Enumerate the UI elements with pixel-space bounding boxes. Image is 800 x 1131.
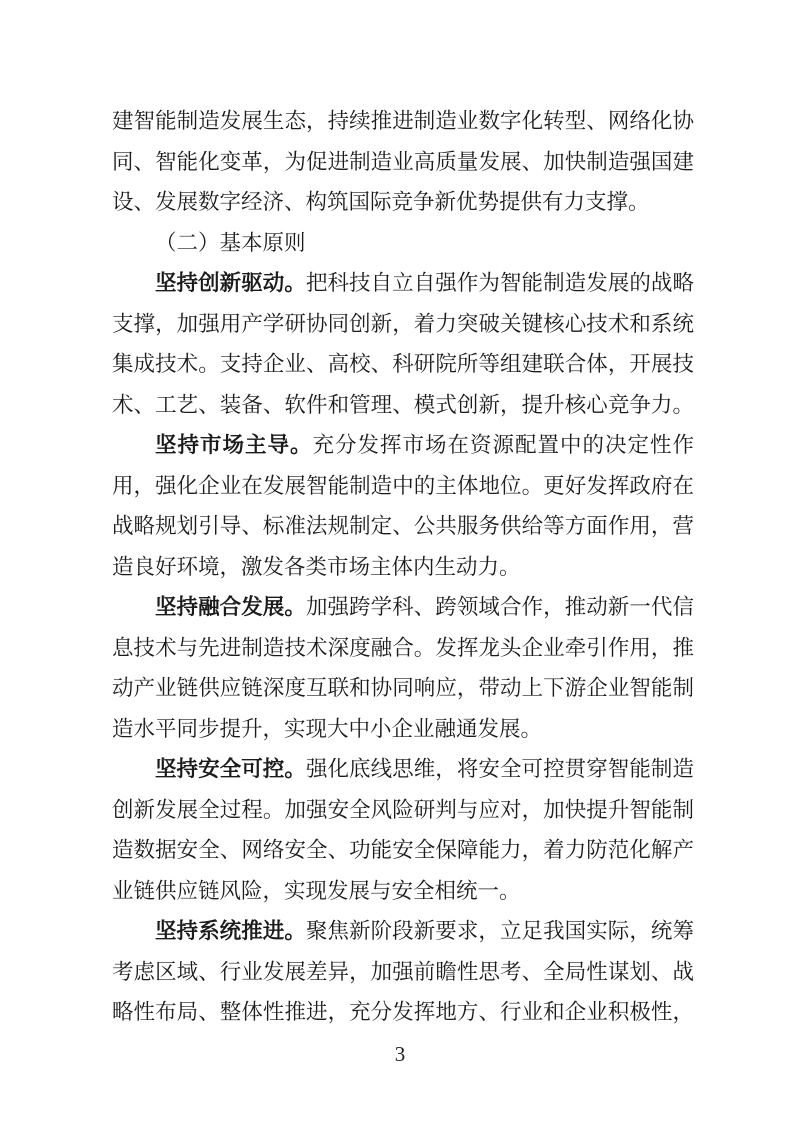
text-line: 造数据安全、网络安全、功能安全保障能力，着力防范化解产 — [112, 830, 694, 871]
line-text: 动产业链供应链深度互联和协同响应，带动上下游企业智能制 — [112, 676, 694, 700]
text-line: 息技术与先进制造技术深度融合。发挥龙头企业牵引作用，推 — [112, 628, 694, 669]
text-line: 用，强化企业在发展智能制造中的主体地位。更好发挥政府在 — [112, 466, 694, 507]
document-page: 建智能制造发展生态，持续推进制造业数字化转型、网络化协 同、智能化变革，为促进制… — [0, 0, 800, 1131]
text-line: 略性布局、整体性推进，充分发挥地方、行业和企业积极性， — [112, 992, 694, 1033]
line-text: 设、发展数字经济、构筑国际竞争新优势提供有力支撑。 — [112, 190, 650, 214]
text-line: 坚持系统推进。聚焦新阶段新要求，立足我国实际，统筹 — [112, 911, 694, 952]
line-text: 战略规划引导、标准法规制定、公共服务供给等方面作用，营 — [112, 514, 694, 538]
text-line: 创新发展全过程。加强安全风险研判与应对，加快提升智能制 — [112, 790, 694, 831]
line-text: 加强跨学科、跨领域合作，推动新一代信 — [306, 595, 694, 619]
text-line: 坚持安全可控。强化底线思维，将安全可控贯穿智能制造 — [112, 749, 694, 790]
line-text: 支撑，加强用产学研协同创新，着力突破关键核心技术和系统 — [112, 312, 694, 336]
section-heading: （二）基本原则 — [112, 223, 694, 264]
text-line: 坚持创新驱动。把科技自立自强作为智能制造发展的战略 — [112, 263, 694, 304]
line-text: 造数据安全、网络安全、功能安全保障能力，着力防范化解产 — [112, 838, 694, 862]
line-text: 术、工艺、装备、软件和管理、模式创新，提升核心竞争力。 — [112, 393, 694, 417]
line-text: 聚焦新阶段新要求，立足我国实际，统筹 — [306, 919, 694, 943]
lead-phrase: 坚持融合发展。 — [155, 595, 306, 619]
text-line: 造水平同步提升，实现大中小企业融通发展。 — [112, 709, 694, 750]
line-text: 造水平同步提升，实现大中小企业融通发展。 — [112, 717, 542, 741]
page-number: 3 — [0, 1041, 800, 1067]
text-line: 动产业链供应链深度互联和协同响应，带动上下游企业智能制 — [112, 668, 694, 709]
text-line: 业链供应链风险，实现发展与安全相统一。 — [112, 871, 694, 912]
lead-phrase: 坚持创新驱动。 — [155, 271, 306, 295]
line-text: 建智能制造发展生态，持续推进制造业数字化转型、网络化协 — [112, 109, 694, 133]
line-text: 略性布局、整体性推进，充分发挥地方、行业和企业积极性， — [112, 1000, 694, 1024]
text-line: 同、智能化变革，为促进制造业高质量发展、加快制造强国建 — [112, 142, 694, 183]
line-text: 集成技术。支持企业、高校、科研院所等组建联合体，开展技 — [112, 352, 694, 376]
text-line: 坚持融合发展。加强跨学科、跨领域合作，推动新一代信 — [112, 587, 694, 628]
heading-text: （二）基本原则 — [155, 231, 306, 255]
text-line: 战略规划引导、标准法规制定、公共服务供给等方面作用，营 — [112, 506, 694, 547]
text-line: 坚持市场主导。充分发挥市场在资源配置中的决定性作 — [112, 425, 694, 466]
line-text: 把科技自立自强作为智能制造发展的战略 — [306, 271, 694, 295]
text-line: 建智能制造发展生态，持续推进制造业数字化转型、网络化协 — [112, 101, 694, 142]
text-line: 考虑区域、行业发展差异，加强前瞻性思考、全局性谋划、战 — [112, 952, 694, 993]
line-text: 用，强化企业在发展智能制造中的主体地位。更好发挥政府在 — [112, 474, 694, 498]
line-text: 造良好环境，激发各类市场主体内生动力。 — [112, 555, 521, 579]
line-text: 强化底线思维，将安全可控贯穿智能制造 — [306, 757, 694, 781]
line-text: 业链供应链风险，实现发展与安全相统一。 — [112, 879, 521, 903]
text-line: 设、发展数字经济、构筑国际竞争新优势提供有力支撑。 — [112, 182, 694, 223]
lead-phrase: 坚持安全可控。 — [155, 757, 306, 781]
line-text: 创新发展全过程。加强安全风险研判与应对，加快提升智能制 — [112, 798, 694, 822]
text-line: 造良好环境，激发各类市场主体内生动力。 — [112, 547, 694, 588]
lead-phrase: 坚持市场主导。 — [155, 433, 313, 457]
line-text: 充分发挥市场在资源配置中的决定性作 — [313, 433, 694, 457]
line-text: 息技术与先进制造技术深度融合。发挥龙头企业牵引作用，推 — [112, 636, 694, 660]
line-text: 考虑区域、行业发展差异，加强前瞻性思考、全局性谋划、战 — [112, 960, 694, 984]
document-body: 建智能制造发展生态，持续推进制造业数字化转型、网络化协 同、智能化变革，为促进制… — [112, 101, 694, 1033]
text-line: 支撑，加强用产学研协同创新，着力突破关键核心技术和系统 — [112, 304, 694, 345]
text-line: 术、工艺、装备、软件和管理、模式创新，提升核心竞争力。 — [112, 385, 694, 426]
text-line: 集成技术。支持企业、高校、科研院所等组建联合体，开展技 — [112, 344, 694, 385]
line-text: 同、智能化变革，为促进制造业高质量发展、加快制造强国建 — [112, 150, 694, 174]
lead-phrase: 坚持系统推进。 — [155, 919, 306, 943]
